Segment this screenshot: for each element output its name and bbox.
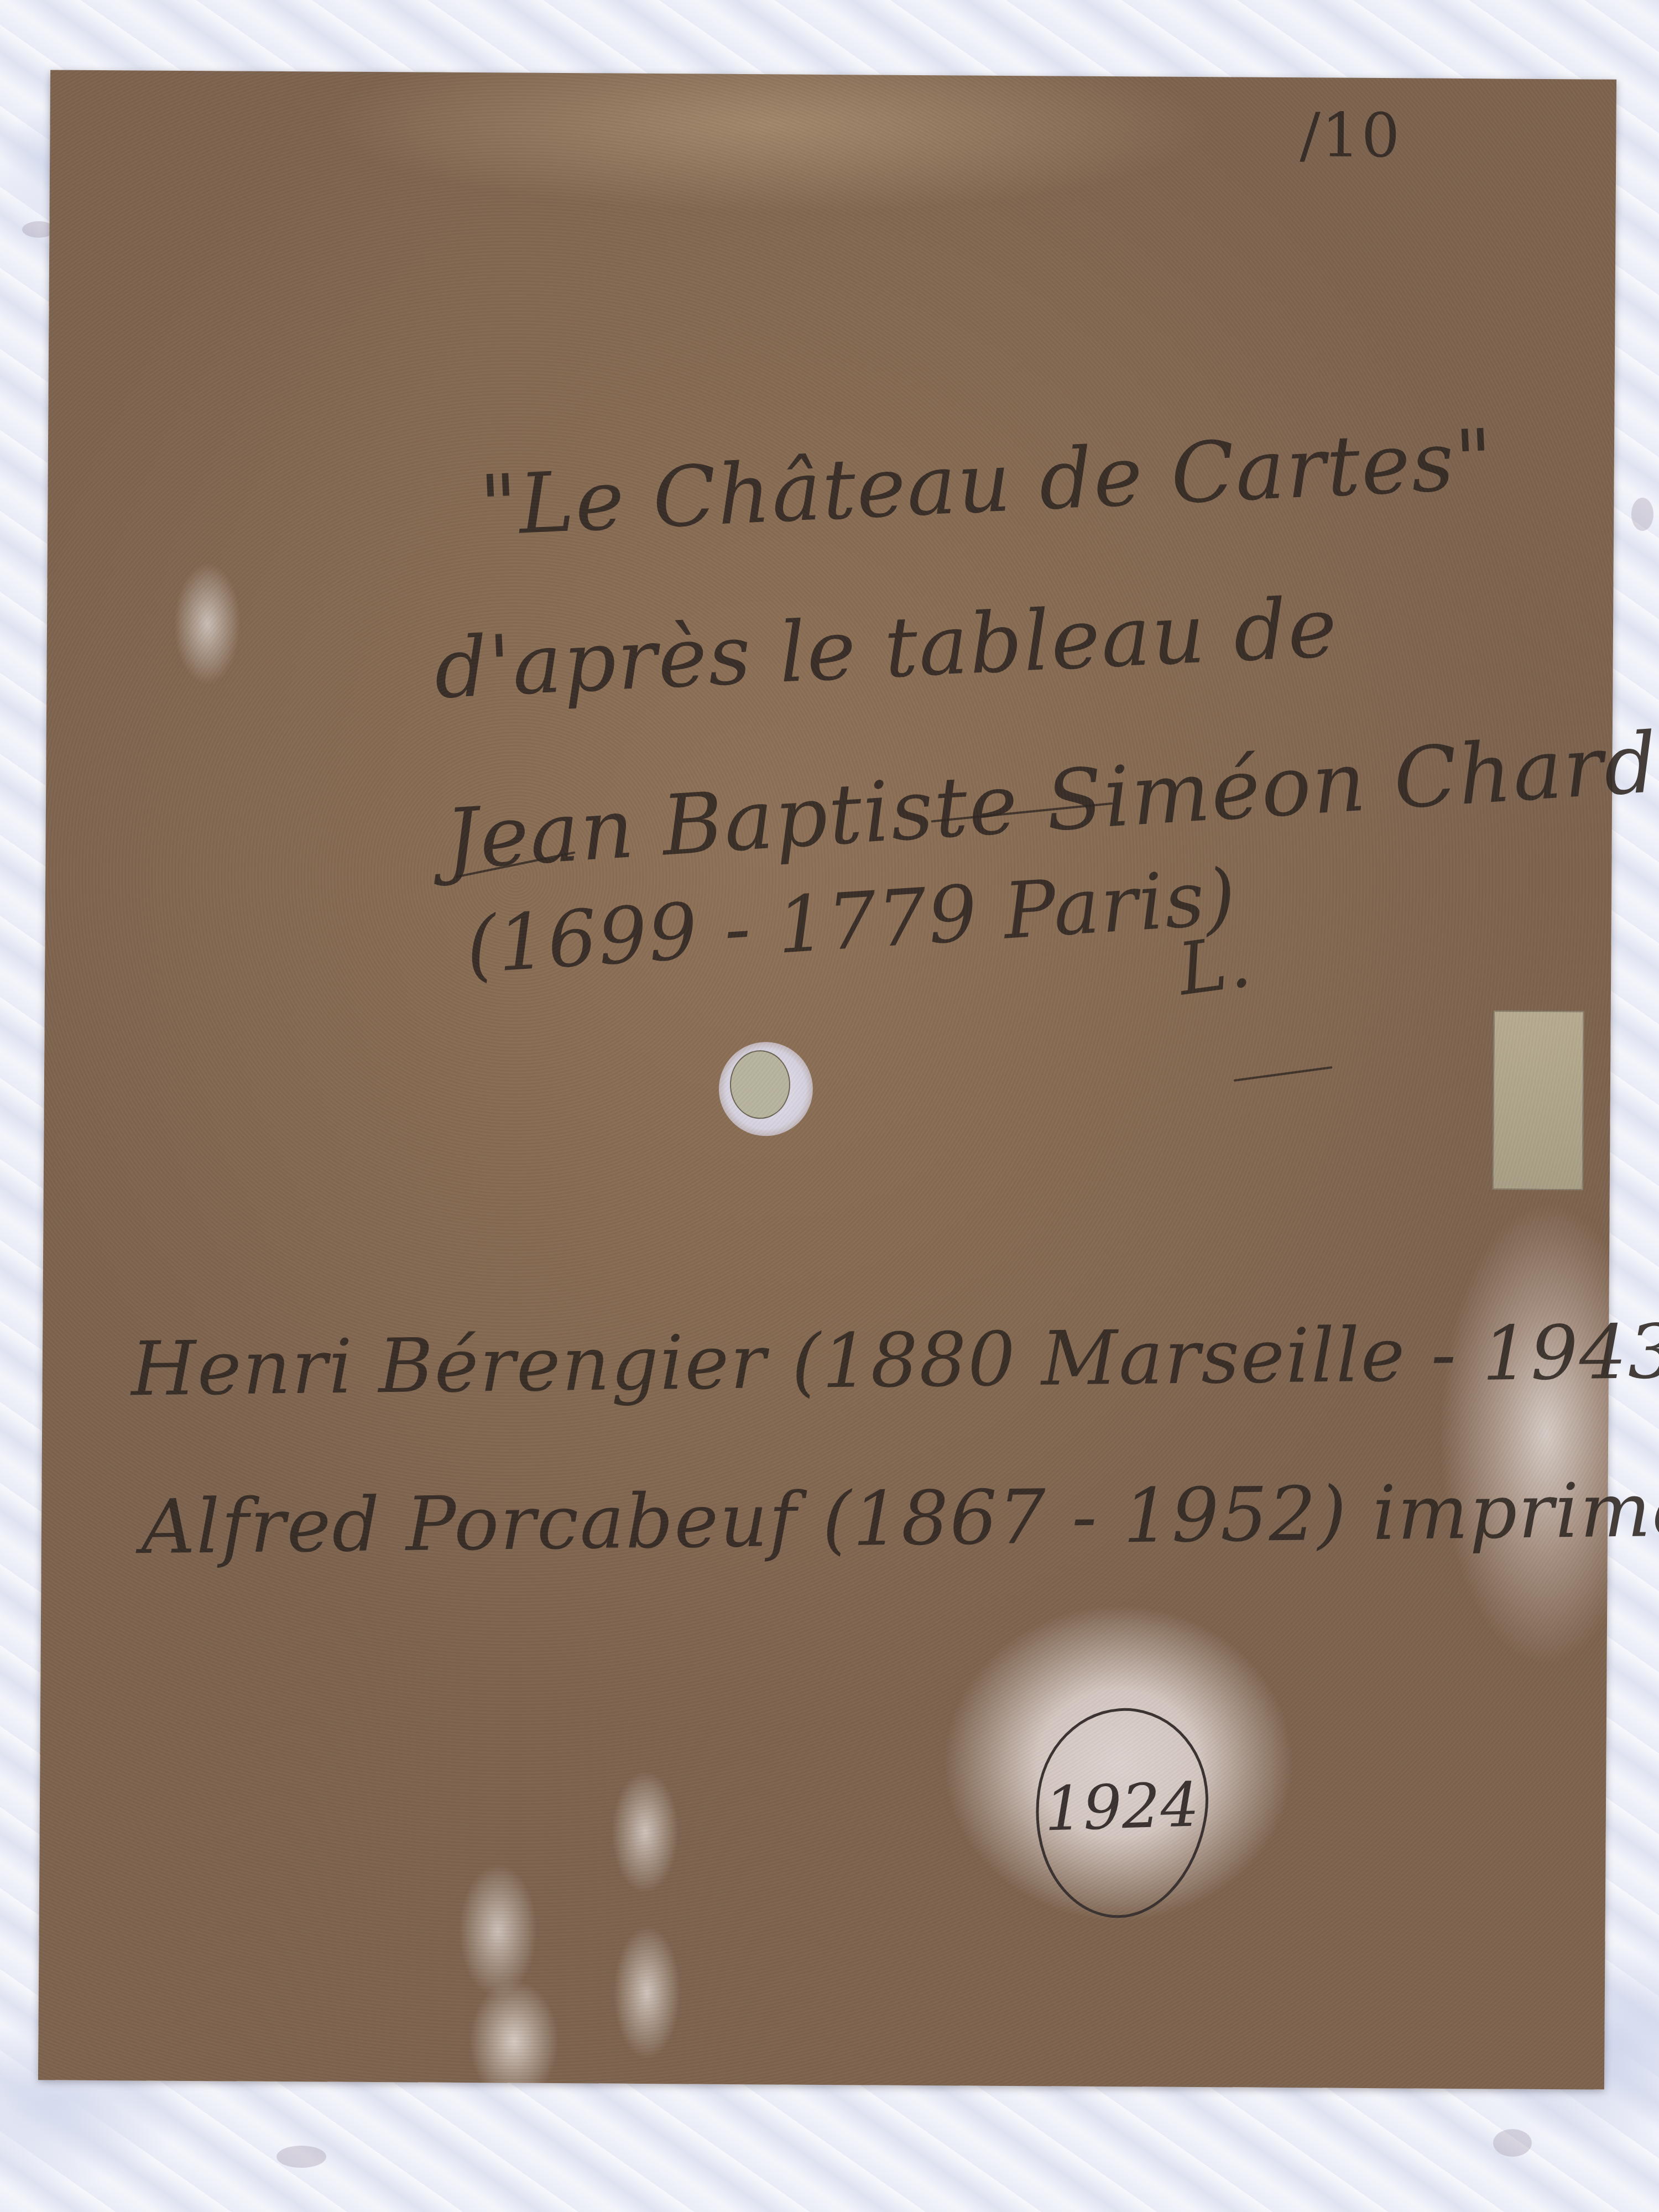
wax-seal-remnant [718, 1042, 813, 1136]
initial-signature: L. [1173, 919, 1257, 1011]
title-line: "Le Château de Cartes" [478, 411, 1496, 555]
marble-speck [1493, 2129, 1532, 2157]
corner-mark: /10 [1300, 100, 1401, 171]
circled-number: 1924 [1021, 1697, 1221, 1929]
marble-speck [276, 2146, 326, 2168]
marble-speck [1631, 498, 1653, 531]
attribution-line-1: d'après le tableau de [432, 580, 1340, 717]
tape-strip [1493, 1010, 1584, 1190]
paper-sheet: /10 "Le Château de Cartes" d'après le ta… [38, 70, 1616, 2089]
signature-underline [1234, 1066, 1333, 1082]
printer-line: Alfred Porcabeuf (1867 - 1952) imprimeur [140, 1465, 1659, 1571]
engraver-line: Henri Bérengier (1880 Marseille - 1943) … [131, 1304, 1659, 1412]
seal-center [730, 1050, 791, 1119]
circled-number-text: 1924 [1038, 1769, 1206, 1845]
attribution-line-2: Jean Baptiste Siméon Chardin [442, 709, 1659, 888]
